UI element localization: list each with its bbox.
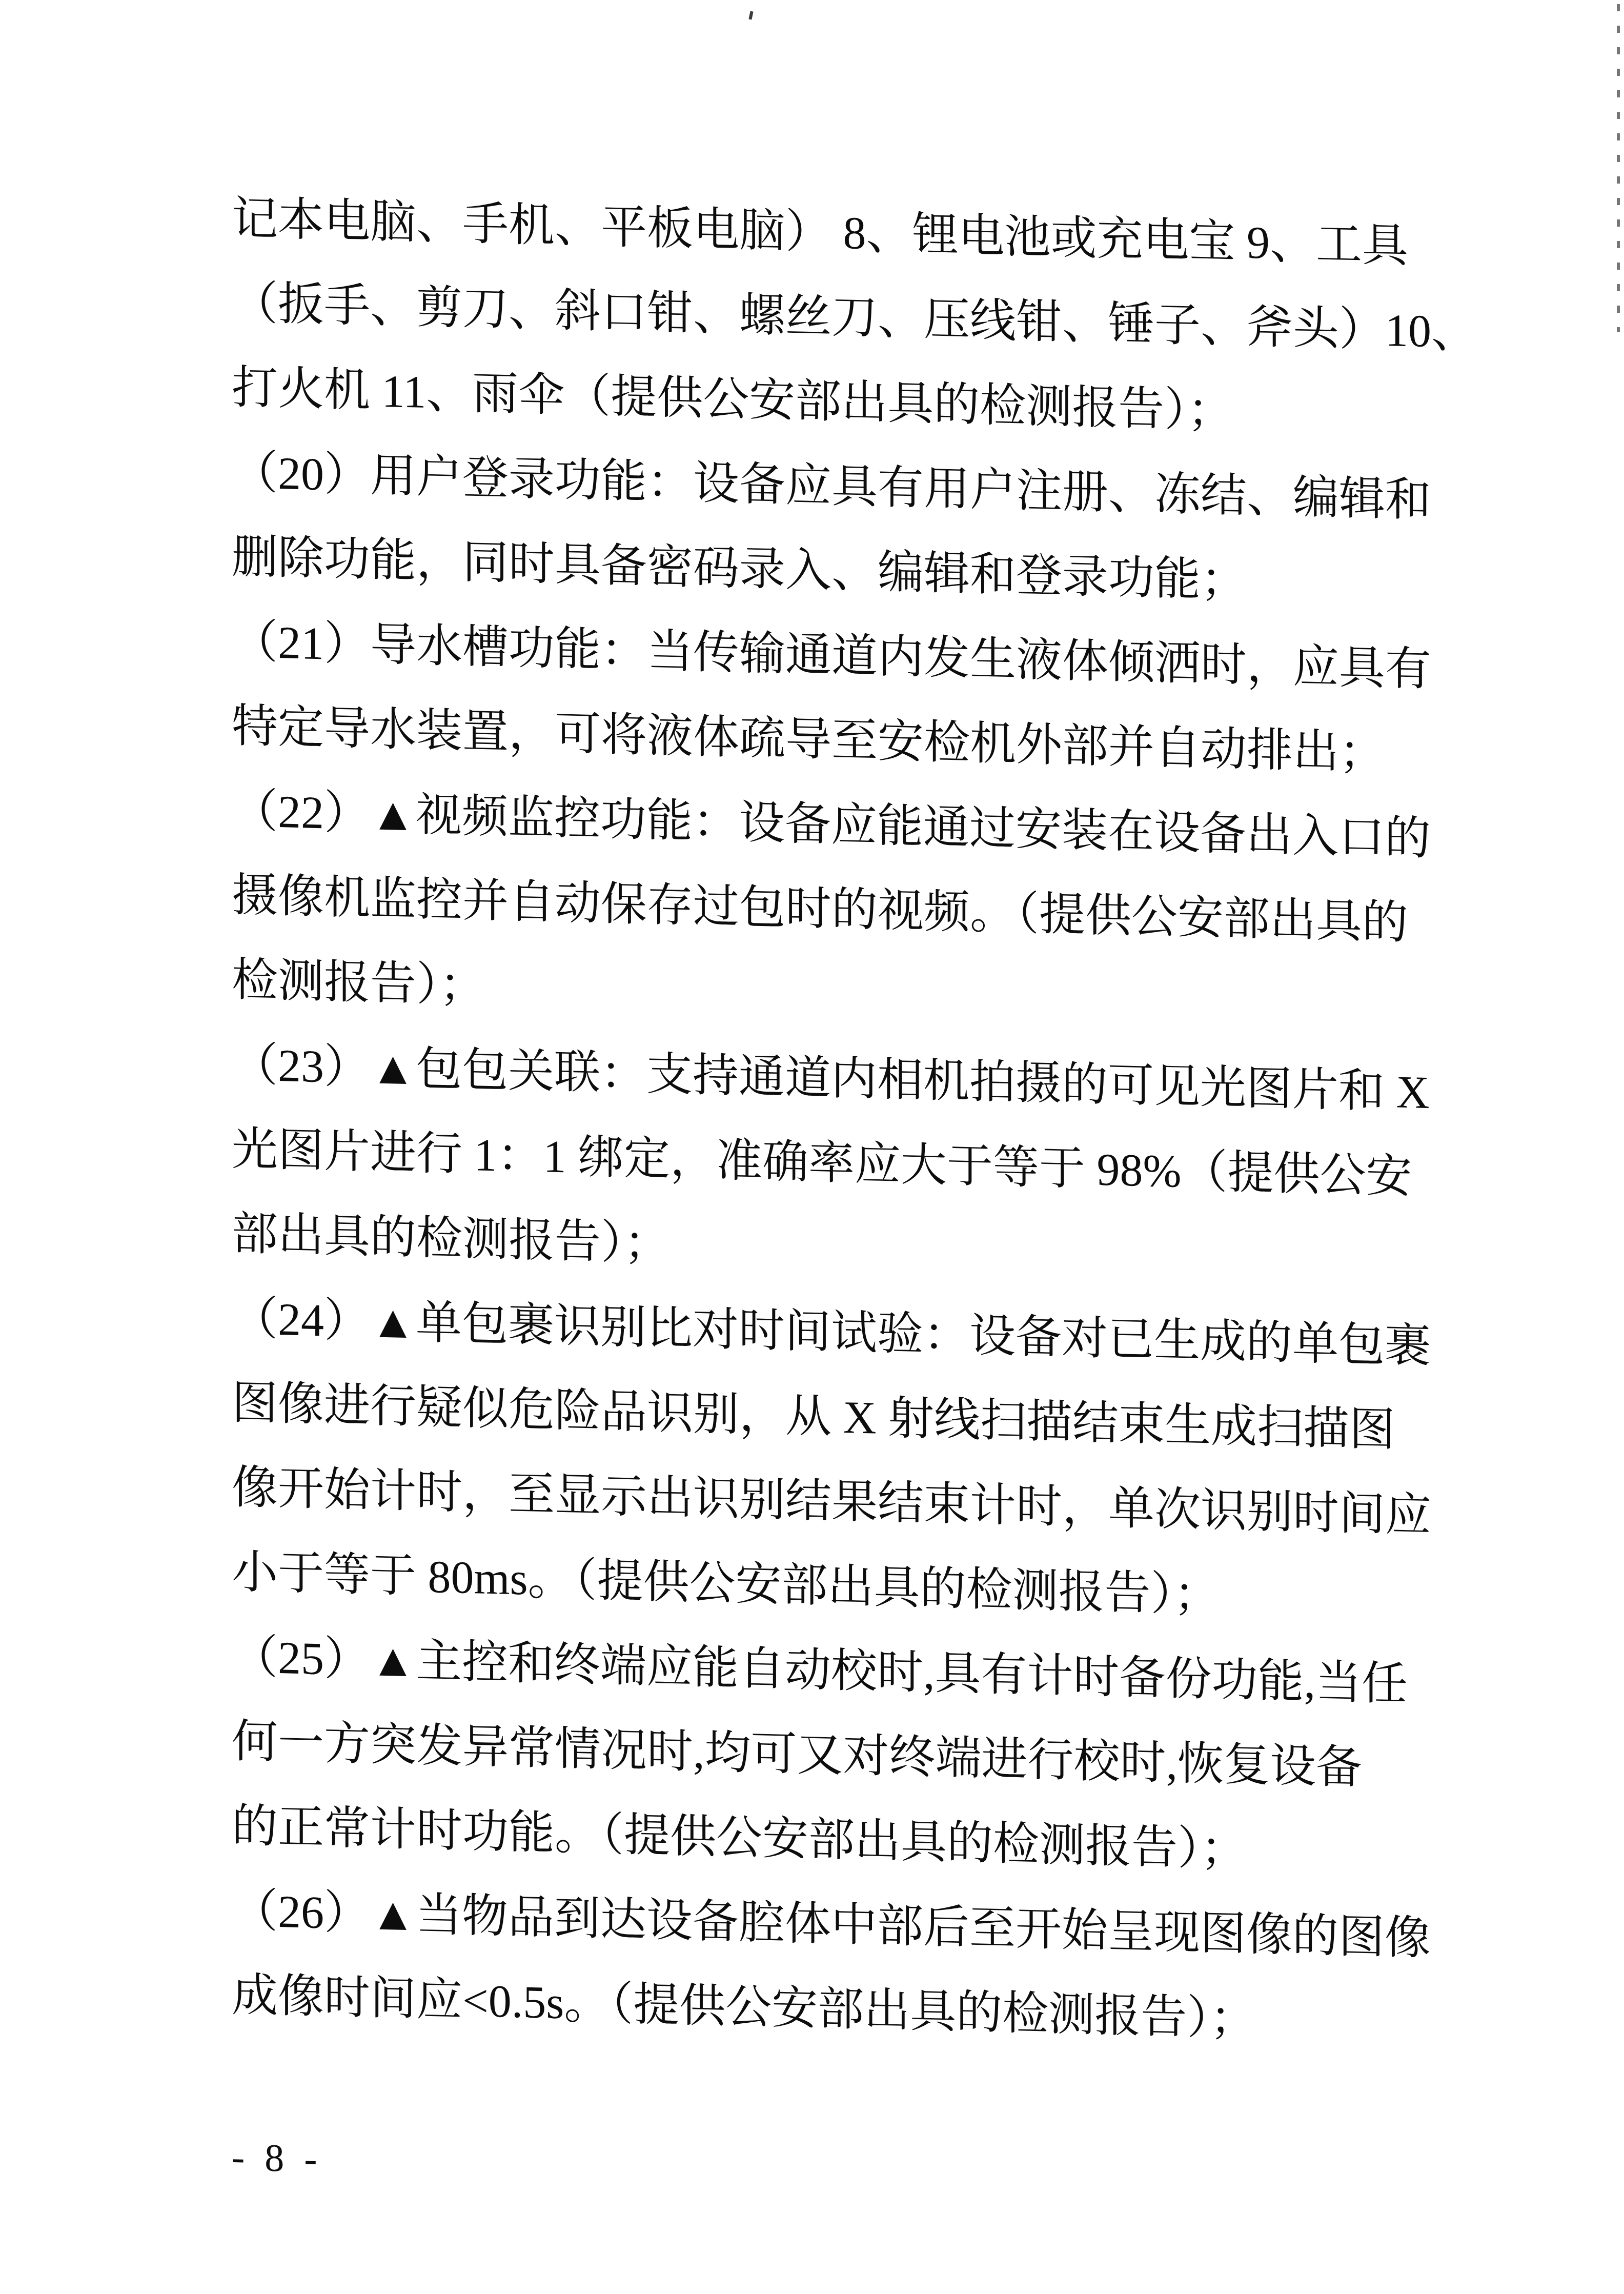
scanned-document-page: 记本电脑、手机、平板电脑） 8、锂电池或充电宝 9、工具 （扳手、剪刀、斜口钳、… (0, 0, 1624, 2294)
scan-edge-artifact (1617, 4, 1620, 332)
page-footer-number: - 8 - (232, 2135, 1452, 2208)
document-text-block: 记本电脑、手机、平板电脑） 8、锂电池或充电宝 9、工具 （扳手、剪刀、斜口钳、… (232, 176, 1452, 2208)
scan-speck (748, 11, 753, 20)
